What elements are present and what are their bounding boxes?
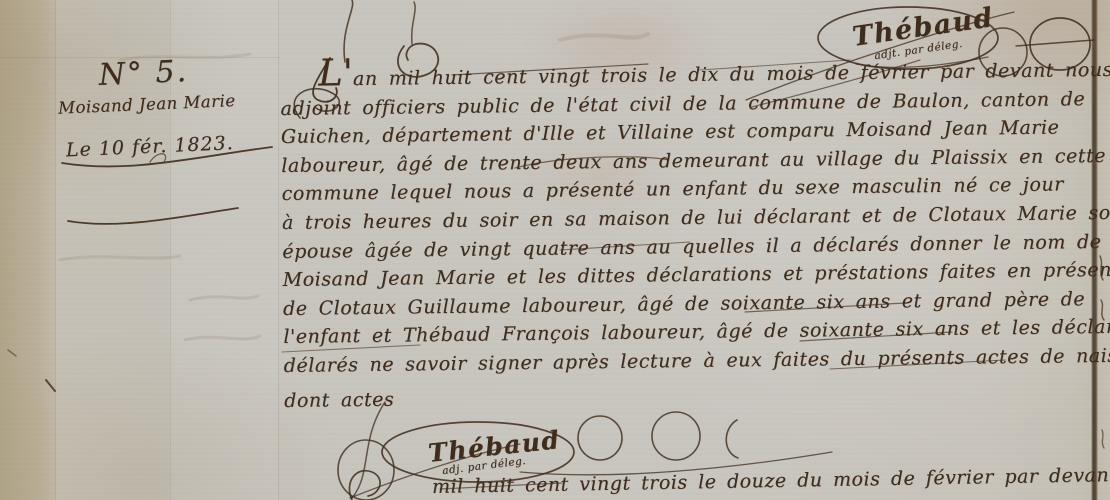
margin-tick xyxy=(46,380,55,391)
margin-underline xyxy=(68,208,238,224)
manuscript-page: N° 5. Moisand Jean Marie Le 10 fér. 1823… xyxy=(0,0,1110,500)
signature-paraph xyxy=(652,412,700,460)
margin-note: N° 5. Moisand Jean Marie Le 10 fér. 1823… xyxy=(50,49,299,162)
bleed-through xyxy=(190,296,258,300)
margin-tick xyxy=(8,350,16,356)
margin-date: Le 10 fér. 1823. xyxy=(65,129,299,161)
flourish-top xyxy=(412,2,415,44)
signature-paraph xyxy=(352,402,385,498)
signature-paraph xyxy=(578,416,622,460)
edge-mark xyxy=(1102,430,1104,448)
bleed-through xyxy=(185,336,260,340)
act-body: L'an mil huit cent vingt trois le dix du… xyxy=(280,50,1102,415)
signature-paraph xyxy=(726,420,738,458)
signature-paraph xyxy=(1016,40,1094,46)
bleed-through xyxy=(560,34,648,40)
record-number: N° 5. xyxy=(98,49,296,93)
signature-paraph xyxy=(338,440,394,500)
next-record-partial-line: mil huit cent vingt trois le douze du mo… xyxy=(432,464,1110,498)
body-line: dont actes xyxy=(284,377,1102,416)
initial-flourish xyxy=(349,471,380,500)
margin-name: Moisand Jean Marie xyxy=(58,88,298,117)
bleed-through xyxy=(60,256,180,260)
